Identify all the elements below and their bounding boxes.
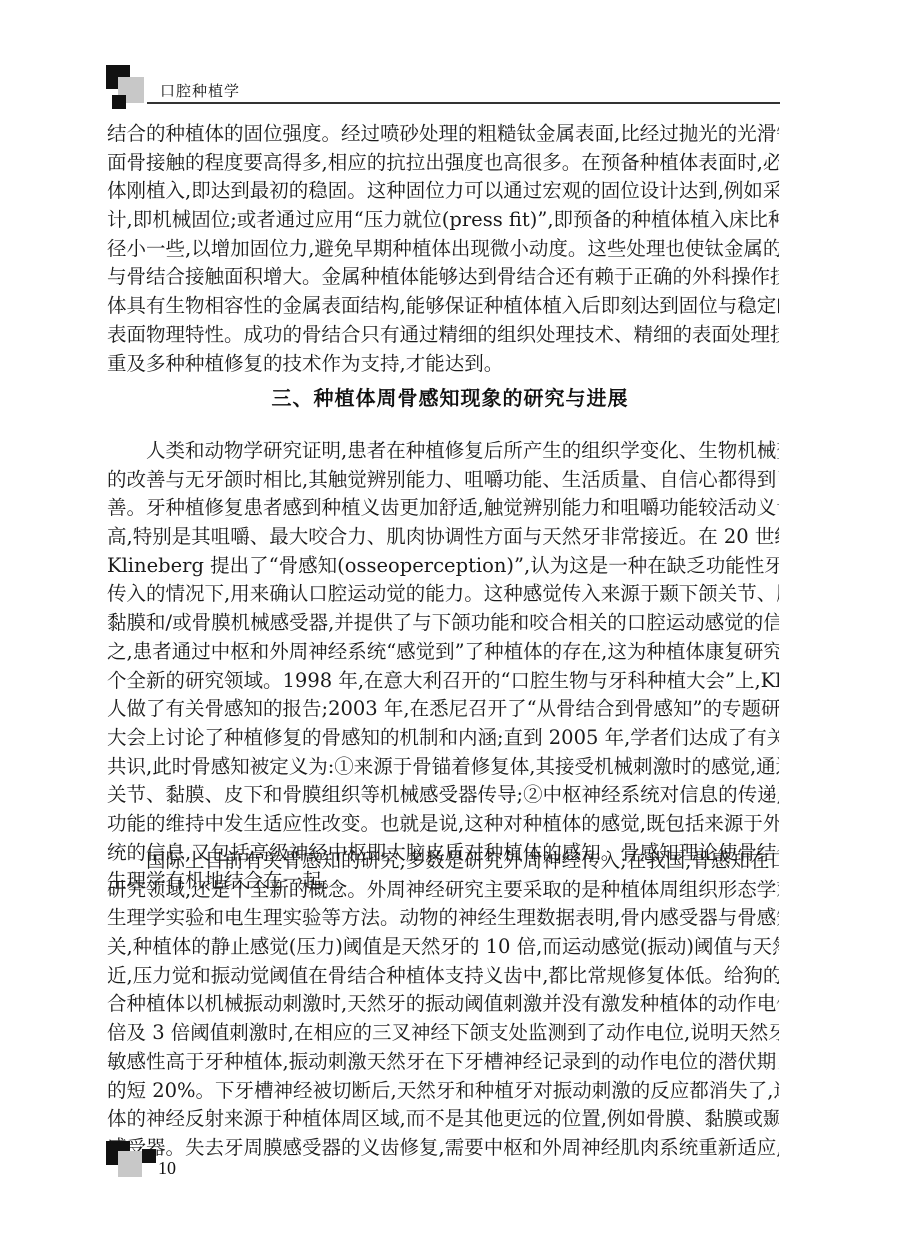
- text-line: 感受器。失去牙周膜感受器的义齿修复,需要中枢和外周神经肌肉系统重新适应,由此建立: [107, 1134, 779, 1163]
- text-line: 人类和动物学研究证明,患者在种植修复后所产生的组织学变化、生物机械变化和功能: [107, 437, 779, 466]
- paragraph-2: 人类和动物学研究证明,患者在种植修复后所产生的组织学变化、生物机械变化和功能 的…: [107, 437, 779, 896]
- text-line: 善。牙种植修复患者感到种植义齿更加舒适,触觉辨别能力和咀嚼功能较活动义齿大大提: [107, 494, 779, 523]
- text-line: 关,种植体的静止感觉(压力)阈值是天然牙的 10 倍,而运动感觉(振动)阈值与天…: [107, 933, 779, 962]
- page-number: 10: [158, 1158, 176, 1179]
- text-line: 的改善与无牙颌时相比,其触觉辨别能力、咀嚼功能、生活质量、自信心都得到了极大的改: [107, 466, 779, 495]
- text-line: 的短 20%。下牙槽神经被切断后,天然牙和种植牙对振动刺激的反应都消失了,这说明…: [107, 1077, 779, 1106]
- text-line: 国际上目前有关骨感知的研究,多数是研究外周神经传入;在我国,骨感知在口腔种植: [107, 847, 779, 876]
- text-line: 功能的维持中发生适应性改变。也就是说,这种对种植体的感觉,既包括来源于外周神经系: [107, 810, 779, 839]
- text-line: 径小一些,以增加固位力,避免早期种植体出现微小动度。这些处理也使钛金属的氧化界面: [107, 235, 779, 264]
- text-line: 重及多种种植修复的技术作为支持,才能达到。: [107, 350, 779, 379]
- text-line: 结合的种植体的固位强度。经过喷砂处理的粗糙钛金属表面,比经过抛光的光滑钛金属表: [107, 120, 779, 149]
- header-rule: [147, 102, 780, 104]
- text-line: 合种植体以机械振动刺激时,天然牙的振动阈值刺激并没有激发种植体的动作电位;但在 …: [107, 990, 779, 1019]
- paragraph-1: 结合的种植体的固位强度。经过喷砂处理的粗糙钛金属表面,比经过抛光的光滑钛金属表 …: [107, 120, 779, 378]
- text-line: 之,患者通过中枢和外周神经系统“感觉到”了种植体的存在,这为种植体康复研究开辟了…: [107, 638, 779, 667]
- text-line: 体刚植入,即达到最初的稳固。这种固位力可以通过宏观的固位设计达到,例如采用螺纹设: [107, 177, 779, 206]
- text-line: 体具有生物相容性的金属表面结构,能够保证种植体植入后即刻达到固位与稳定的种植体: [107, 292, 779, 321]
- text-line: 传入的情况下,用来确认口腔运动觉的能力。这种感觉传入来源于颞下颌关节、肌肉、皮下…: [107, 580, 779, 609]
- running-title: 口腔种植学: [160, 80, 240, 101]
- text-line: 计,即机械固位;或者通过应用“压力就位(press fit)”,即预备的种植体植…: [107, 206, 779, 235]
- text-line: 面骨接触的程度要高得多,相应的抗拉出强度也高很多。在预备种植体表面时,必须使种植: [107, 149, 779, 178]
- paragraph-3: 国际上目前有关骨感知的研究,多数是研究外周神经传入;在我国,骨感知在口腔种植 研…: [107, 847, 779, 1163]
- text-line: 黏膜和/或骨膜机械感受器,并提供了与下颌功能和咬合相关的口腔运动感觉的信息。换言: [107, 609, 779, 638]
- text-line: 与骨结合接触面积增大。金属种植体能够达到骨结合还有赖于正确的外科操作技术,与机: [107, 263, 779, 292]
- text-line: 人做了有关骨感知的报告;2003 年,在悉尼召开了“从骨结合到骨感知”的专题研讨…: [107, 695, 779, 724]
- text-line: 共识,此时骨感知被定义为:①来源于骨锚着修复体,其接受机械刺激时的感觉,通过肌肉…: [107, 753, 779, 782]
- footer-small-black-square-icon: [142, 1149, 156, 1163]
- text-line: 倍及 3 倍阈值刺激时,在相应的三叉神经下颌支处监测到了动作电位,说明天然牙对振…: [107, 1019, 779, 1048]
- footer-gray-square-icon: [118, 1151, 142, 1177]
- section-heading: 三、种植体周骨感知现象的研究与进展: [0, 382, 900, 411]
- text-line: Klineberg 提出了“骨感知(osseoperception)”,认为这是…: [107, 552, 779, 581]
- text-line: 高,特别是其咀嚼、最大咬合力、肌肉协调性方面与天然牙非常接近。在 20 世纪 9…: [107, 523, 779, 552]
- text-line: 体的神经反射来源于种植体周区域,而不是其他更远的位置,例如骨膜、黏膜或颞下颌关节: [107, 1105, 779, 1134]
- footer-decoration: [106, 1141, 156, 1181]
- text-line: 个全新的研究领域。1998 年,在意大利召开的“口腔生物与牙科种植大会”上,Kl…: [107, 667, 779, 696]
- text-line: 敏感性高于牙种植体,振动刺激天然牙在下牙槽神经记录到的动作电位的潜伏期比种植牙: [107, 1048, 779, 1077]
- text-line: 生理学实验和电生理实验等方法。动物的神经生理数据表明,骨内感受器与骨感知现象有: [107, 904, 779, 933]
- text-line: 表面物理特性。成功的骨结合只有通过精细的组织处理技术、精细的表面处理技术、逐级负: [107, 321, 779, 350]
- header-small-black-square-icon: [112, 95, 126, 109]
- text-line: 近,压力觉和振动觉阈值在骨结合种植体支持义齿中,都比常规修复体低。给狗的下颌骨结: [107, 962, 779, 991]
- text-line: 关节、黏膜、皮下和骨膜组织等机械感受器传导;②中枢神经系统对信息的传递,在感觉运…: [107, 781, 779, 810]
- text-line: 研究领域,还是个全新的概念。外周神经研究主要采取的是种植体周组织形态学观察、心理: [107, 876, 779, 905]
- text-line: 大会上讨论了种植修复的骨感知的机制和内涵;直到 2005 年,学者们达成了有关骨…: [107, 724, 779, 753]
